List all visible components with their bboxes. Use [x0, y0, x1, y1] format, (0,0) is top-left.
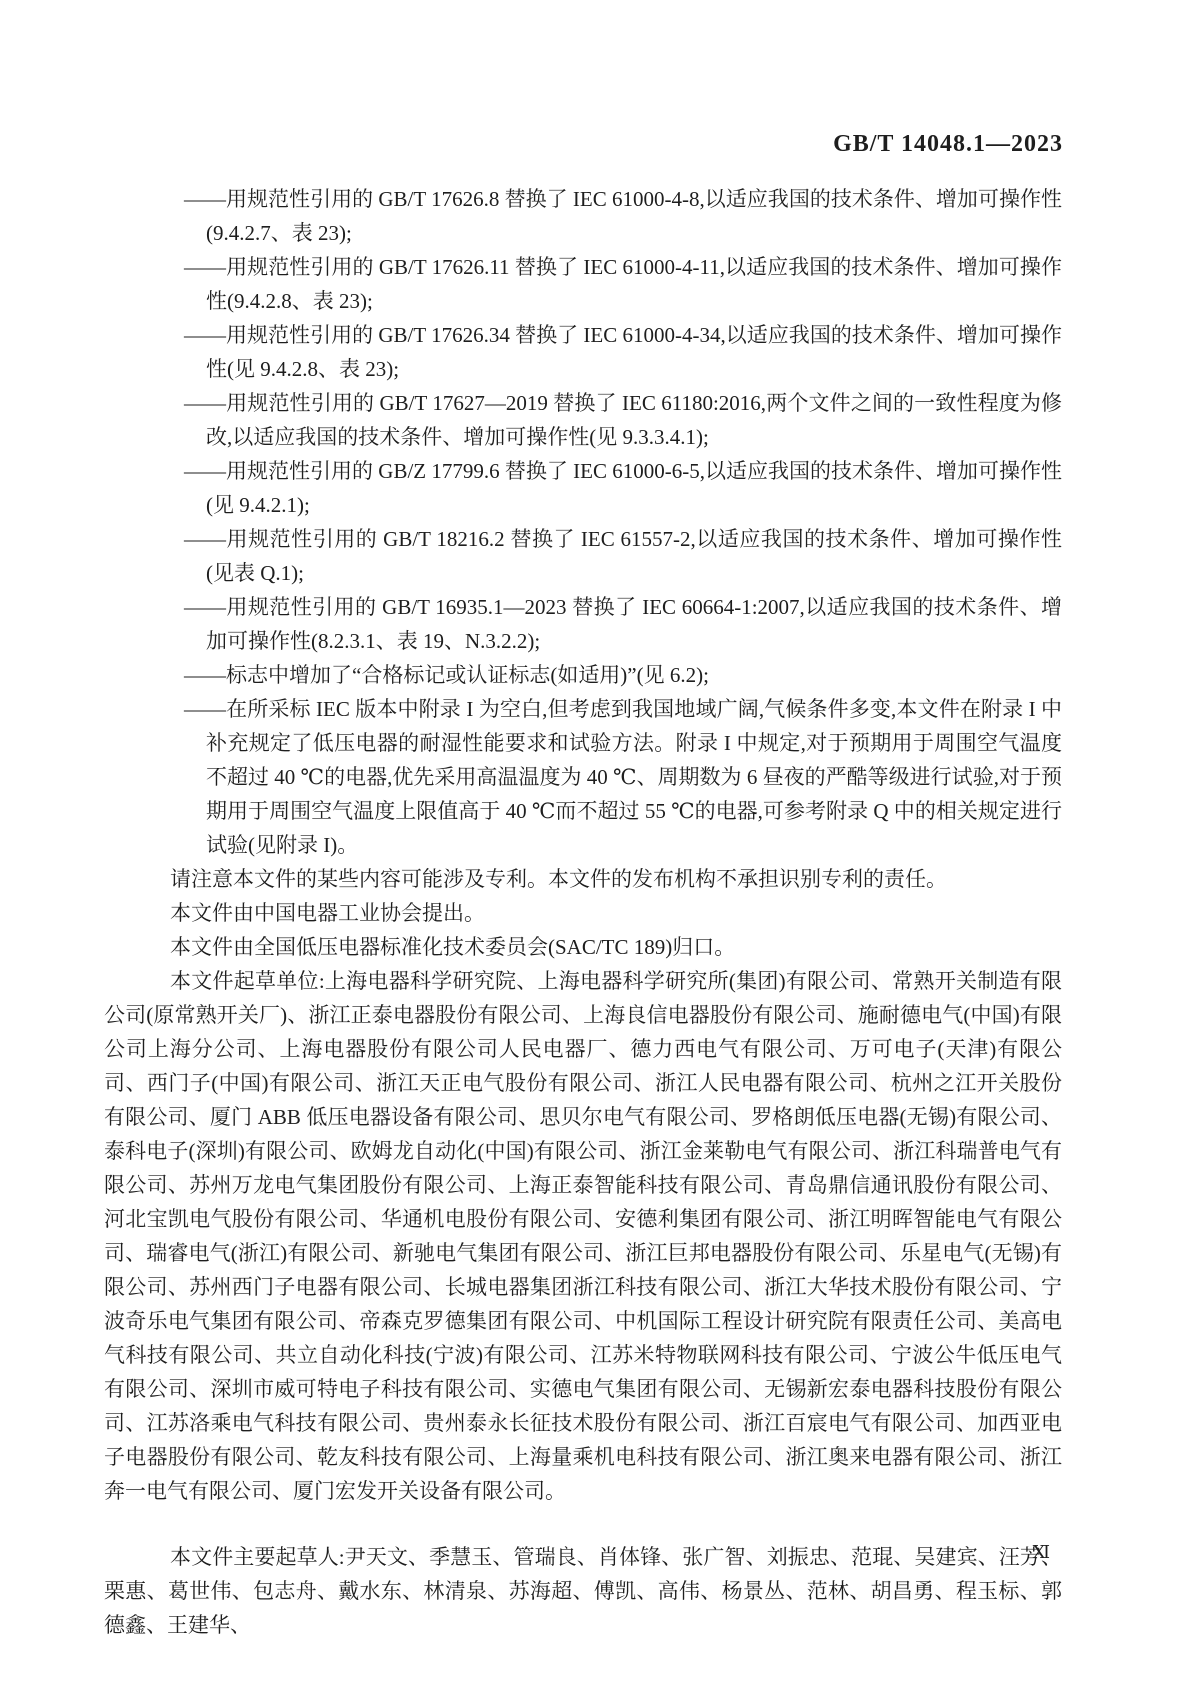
foreword-item: ——在所采标 IEC 版本中附录 I 为空白,但考虑到我国地域广阔,气候条件多变… — [104, 692, 1062, 862]
foreword-item: ——用规范性引用的 GB/T 17626.8 替换了 IEC 61000-4-8… — [104, 182, 1062, 250]
page-number: Ⅺ — [1033, 1542, 1051, 1563]
foreword-item: ——用规范性引用的 GB/T 16935.1—2023 替换了 IEC 6066… — [104, 590, 1062, 658]
patent-notice-paragraph: 请注意本文件的某些内容可能涉及专利。本文件的发布机构不承担识别专利的责任。 — [104, 862, 1062, 896]
foreword-item: ——用规范性引用的 GB/T 18216.2 替换了 IEC 61557-2,以… — [104, 522, 1062, 590]
foreword-item: ——用规范性引用的 GB/Z 17799.6 替换了 IEC 61000-6-5… — [104, 454, 1062, 522]
foreword-item: ——用规范性引用的 GB/T 17626.34 替换了 IEC 61000-4-… — [104, 318, 1062, 386]
foreword-content: ——用规范性引用的 GB/T 17626.8 替换了 IEC 61000-4-8… — [104, 182, 1062, 1642]
document-page: GB/T 14048.1—2023 ——用规范性引用的 GB/T 17626.8… — [0, 0, 1191, 1685]
document-number: GB/T 14048.1—2023 — [833, 131, 1063, 158]
drafting-organizations-paragraph: 本文件起草单位:上海电器科学研究院、上海电器科学研究所(集团)有限公司、常熟开关… — [104, 964, 1062, 1508]
committee-paragraph: 本文件由全国低压电器标准化技术委员会(SAC/TC 189)归口。 — [104, 930, 1062, 964]
foreword-item: ——用规范性引用的 GB/T 17626.11 替换了 IEC 61000-4-… — [104, 250, 1062, 318]
foreword-item: ——标志中增加了“合格标记或认证标志(如适用)”(见 6.2); — [104, 658, 1062, 692]
proposer-paragraph: 本文件由中国电器工业协会提出。 — [104, 896, 1062, 930]
main-drafters-paragraph: 本文件主要起草人:尹天文、季慧玉、管瑞良、肖体锋、张广智、刘振忠、范琨、吴建宾、… — [104, 1540, 1062, 1642]
foreword-item: ——用规范性引用的 GB/T 17627—2019 替换了 IEC 61180:… — [104, 386, 1062, 454]
